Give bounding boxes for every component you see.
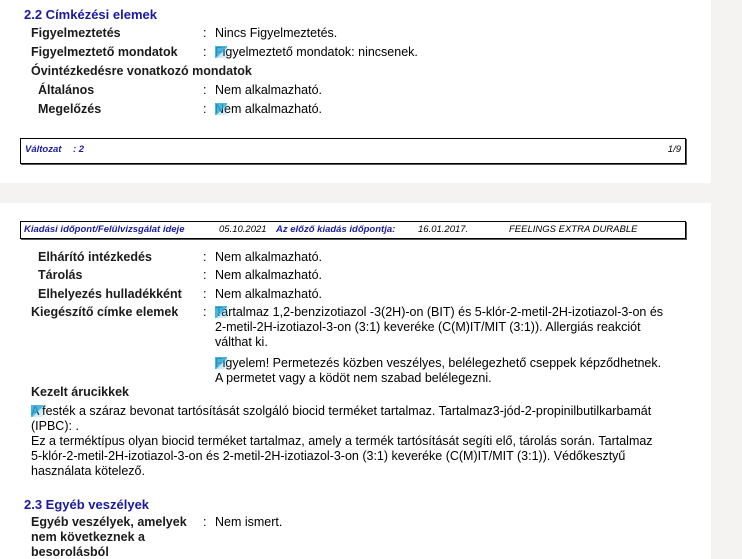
row-disposal: Elhelyezés hulladékként : Nem alkalmazha… xyxy=(0,287,711,302)
page-footer: Változat : 2 1/9 xyxy=(20,138,686,164)
treated-articles-heading: Kezelt árucikkek xyxy=(31,385,129,400)
label-storage: Tárolás xyxy=(38,268,82,283)
value-other-hazards: Nem ismert. xyxy=(215,515,685,530)
version-value: : 2 xyxy=(73,144,84,155)
precautionary-heading: Óvintézkedésre vonatkozó mondatok xyxy=(31,64,252,79)
previous-issue-date: 16.01.2017. xyxy=(418,222,468,237)
supplementary-paragraph: Figyelem! Permetezés közben veszélyes, b… xyxy=(215,356,670,386)
issue-date: 05.10.2021 xyxy=(219,222,267,237)
row-hazard-statements: Figyelmeztető mondatok : Figyelmeztető m… xyxy=(0,45,711,60)
colon: : xyxy=(203,287,206,302)
section-title-2-2: 2.2 Címkézési elemek xyxy=(24,7,157,22)
treated-articles-heading-row: Kezelt árucikkek xyxy=(31,385,631,400)
value-response: Nem alkalmazható. xyxy=(215,250,685,265)
page-separator xyxy=(0,183,711,203)
colon: : xyxy=(203,250,206,265)
label-warning: Figyelmeztetés xyxy=(31,26,121,41)
product-name: FEELINGS EXTRA DURABLE xyxy=(509,222,637,237)
value-supplementary: Tartalmaz 1,2-benzizotiazol -3(2H)-on (B… xyxy=(215,305,670,392)
previous-issue-label: Az előző kiadás időpontja: xyxy=(276,222,395,237)
colon: : xyxy=(203,102,206,117)
row-response: Elhárító intézkedés : Nem alkalmazható. xyxy=(0,250,711,265)
row-warning: Figyelmeztetés : Nincs Figyelmeztetés. xyxy=(0,26,711,41)
value-warning: Nincs Figyelmeztetés. xyxy=(215,26,685,41)
colon: : xyxy=(203,83,206,98)
label-disposal: Elhelyezés hulladékként xyxy=(38,287,182,302)
treated-articles-paragraph-2: Ez a terméktípus olyan biocid terméket t… xyxy=(31,434,661,479)
treated-articles-text: A festék a száraz bevonat tartósítását s… xyxy=(31,404,661,479)
label-prevention: Megelőzés xyxy=(38,102,101,117)
value-general: Nem alkalmazható. xyxy=(215,83,685,98)
page-header: Kiadási időpont/Felülvizsgálat ideje 05.… xyxy=(20,221,686,239)
issue-date-label: Kiadási időpont/Felülvizsgálat ideje xyxy=(24,222,184,237)
document-page-1: 2.2 Címkézési elemek Figyelmeztetés : Ni… xyxy=(0,0,711,183)
row-other-hazards: Egyéb veszélyek, amelyek nem következnek… xyxy=(0,515,711,559)
row-general: Általános : Nem alkalmazható. xyxy=(0,83,711,98)
colon: : xyxy=(203,515,206,530)
value-prevention: Nem alkalmazható. xyxy=(215,102,685,117)
row-prevention: Megelőzés : Nem alkalmazható. xyxy=(0,102,711,117)
treated-articles-paragraph-1: A festék a száraz bevonat tartósítását s… xyxy=(31,404,661,434)
label-general: Általános xyxy=(38,83,94,98)
colon: : xyxy=(203,45,206,60)
value-storage: Nem alkalmazható. xyxy=(215,268,685,283)
page-number: 1/9 xyxy=(668,144,681,155)
colon: : xyxy=(203,26,206,41)
version-label: Változat xyxy=(25,144,61,155)
label-supplementary: Kiegészítő címke elemek xyxy=(31,305,178,320)
section-title-2-3: 2.3 Egyéb veszélyek xyxy=(24,497,149,512)
label-other-hazards: Egyéb veszélyek, amelyek nem következnek… xyxy=(31,515,196,559)
label-response: Elhárító intézkedés xyxy=(38,250,152,265)
colon: : xyxy=(203,305,206,320)
row-supplementary-label-elements: Kiegészítő címke elemek : Tartalmaz 1,2-… xyxy=(0,305,711,385)
precautionary-heading-row: Óvintézkedésre vonatkozó mondatok xyxy=(31,64,631,79)
colon: : xyxy=(203,268,206,283)
supplementary-paragraph: Tartalmaz 1,2-benzizotiazol -3(2H)-on (B… xyxy=(215,305,670,350)
row-storage: Tárolás : Nem alkalmazható. xyxy=(0,268,711,283)
value-disposal: Nem alkalmazható. xyxy=(215,287,685,302)
value-hazard-statements: Figyelmeztető mondatok: nincsenek. xyxy=(215,45,685,60)
label-hazard-statements: Figyelmeztető mondatok xyxy=(31,45,178,60)
